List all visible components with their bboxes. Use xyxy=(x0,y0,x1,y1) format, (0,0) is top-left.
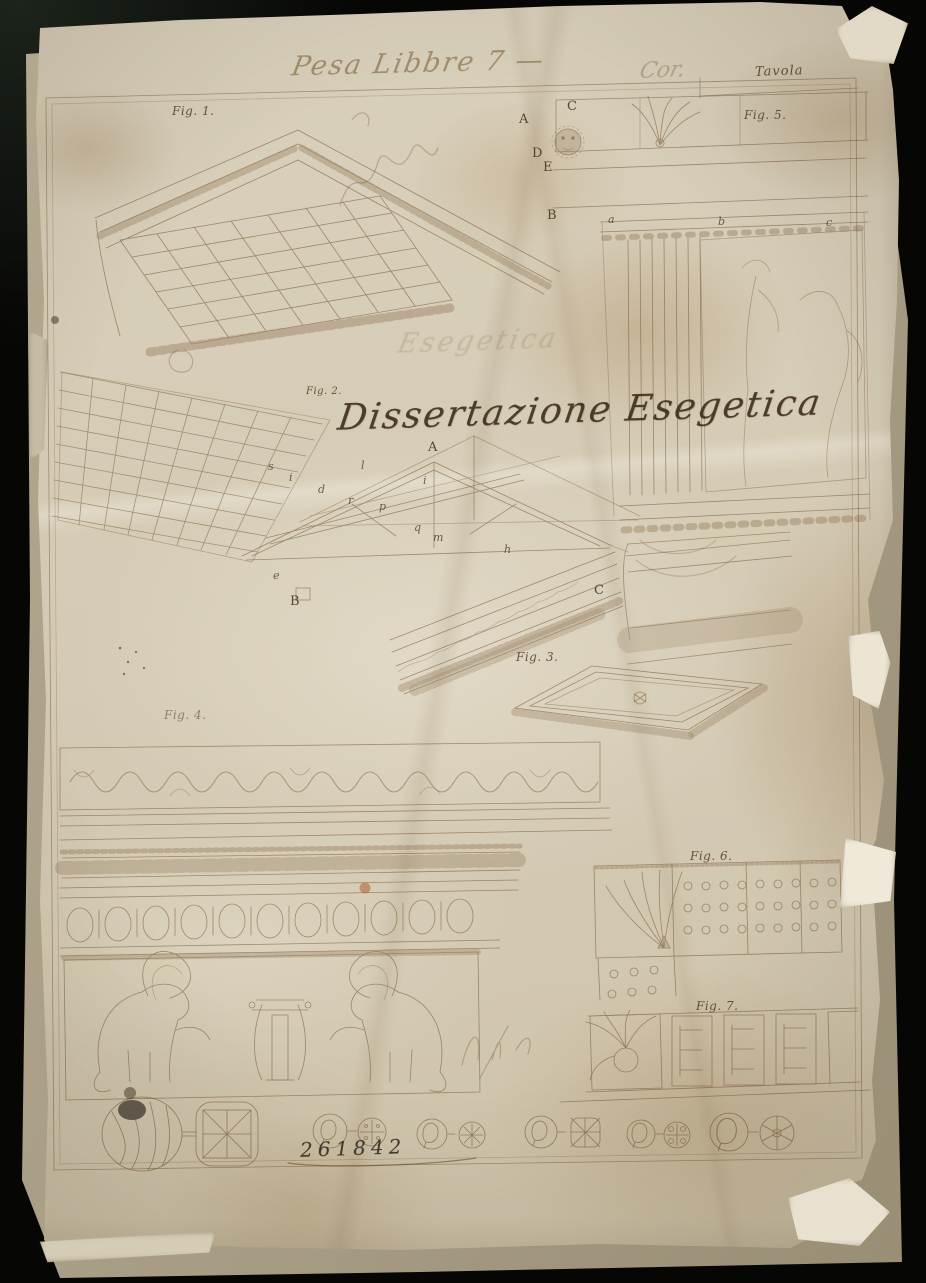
plate-number-label: Tavola xyxy=(755,63,804,80)
roof-tiles-drawing xyxy=(52,350,330,562)
figure-label-5: Fig. 5. xyxy=(744,108,786,122)
reference-letter: D xyxy=(532,146,542,161)
ghost-ink-impression: Esegetica xyxy=(395,323,562,360)
reference-letter: C xyxy=(567,99,577,114)
figure-label-6: Fig. 6. xyxy=(690,849,732,863)
reference-letter: C xyxy=(594,583,604,598)
reference-letter: r xyxy=(348,494,353,507)
reference-letter: p xyxy=(379,500,386,513)
reference-letter: b xyxy=(718,215,725,228)
fig4-drawing xyxy=(60,742,612,1100)
reference-letter: s xyxy=(268,460,274,473)
engraving-artwork xyxy=(0,0,926,1283)
cornice-profile-drawing xyxy=(624,532,792,664)
raking-cornice-drawing xyxy=(390,552,623,694)
reference-letter: q xyxy=(414,521,421,534)
reference-letter: E xyxy=(543,160,553,175)
reference-letter: B xyxy=(290,594,300,609)
reference-letter: i xyxy=(289,471,293,484)
coin-specimens xyxy=(102,1097,794,1171)
fig1-drawing xyxy=(95,130,560,352)
reference-letter: c xyxy=(826,216,832,229)
reference-letter: A xyxy=(519,112,528,127)
reference-letter: d xyxy=(318,483,325,496)
figure-label-7: Fig. 7. xyxy=(696,999,738,1013)
reference-letter: B xyxy=(547,208,557,223)
reference-letter: i xyxy=(423,474,427,487)
fig5-drawing xyxy=(552,92,870,576)
reference-letter: e xyxy=(273,569,280,582)
reference-letter: l xyxy=(361,459,365,472)
figure-label-4: Fig. 4. xyxy=(164,708,206,722)
figure-label-2: Fig. 2. xyxy=(306,386,342,397)
reference-letter: m xyxy=(433,531,443,544)
photograph: Pesa Libbre 7 — Cor. Tavola Esegetica Di… xyxy=(0,0,926,1283)
fig6-drawing xyxy=(594,860,842,1000)
reference-letter: a xyxy=(608,213,615,226)
reference-letter: h xyxy=(504,543,511,556)
fig7-drawing xyxy=(560,1008,870,1102)
inventory-number: 261842 xyxy=(300,1134,407,1162)
fig2-truss-drawing xyxy=(242,436,640,600)
reference-letter: A xyxy=(428,440,437,455)
handwritten-weight-note-2: Cor. xyxy=(637,57,688,84)
figure-label-3: Fig. 3. xyxy=(516,650,558,664)
plate-page: Pesa Libbre 7 — Cor. Tavola Esegetica Di… xyxy=(0,0,926,1283)
fig3-drawing xyxy=(515,666,764,736)
figure-label-1: Fig. 1. xyxy=(172,104,214,118)
